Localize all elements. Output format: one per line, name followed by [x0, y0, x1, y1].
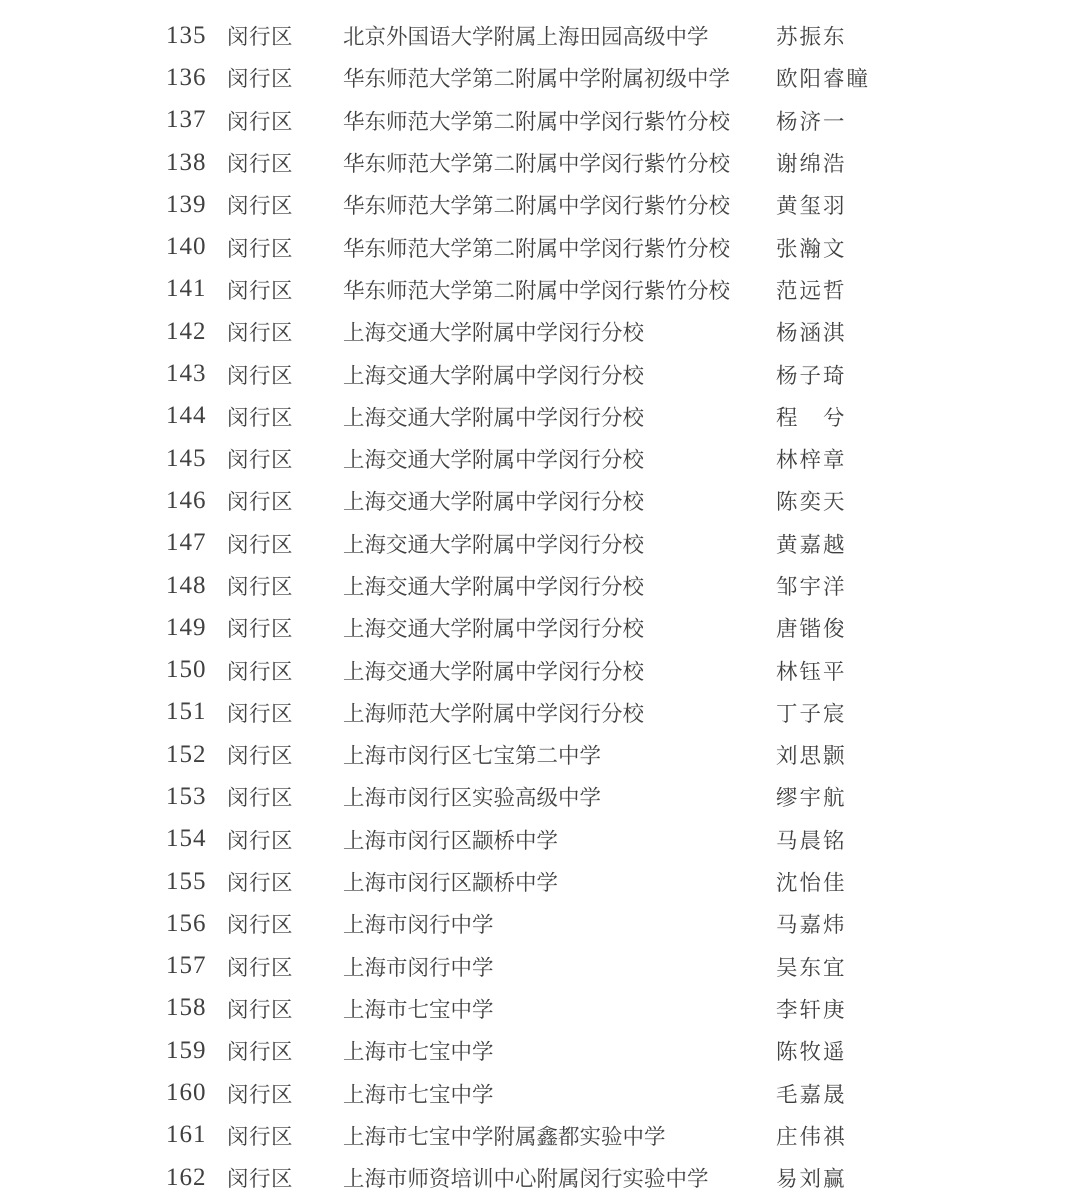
district-cell: 闵行区 [227, 866, 343, 897]
row-number: 161 [166, 1121, 227, 1149]
row-number: 135 [166, 22, 227, 50]
table-row: 135 闵行区 北京外国语大学附属上海田园高级中学 苏振东 [0, 15, 1080, 57]
table-row: 152 闵行区 上海市闵行区七宝第二中学 刘思颢 [0, 734, 1080, 776]
table-row: 154 闵行区 上海市闵行区颛桥中学 马晨铭 [0, 818, 1080, 860]
row-number: 159 [166, 1037, 227, 1065]
table-row: 156 闵行区 上海市闵行中学 马嘉炜 [0, 903, 1080, 945]
school-cell: 华东师范大学第二附属中学闵行紫竹分校 [343, 232, 776, 263]
school-cell: 上海市七宝中学附属鑫都实验中学 [343, 1120, 776, 1151]
district-cell: 闵行区 [227, 20, 343, 51]
school-cell: 华东师范大学第二附属中学闵行紫竹分校 [343, 105, 776, 136]
school-cell: 上海市七宝中学 [343, 1035, 776, 1066]
school-cell: 华东师范大学第二附属中学闵行紫竹分校 [343, 274, 776, 305]
district-cell: 闵行区 [227, 697, 343, 728]
row-number: 140 [166, 233, 227, 261]
table-row: 144 闵行区 上海交通大学附属中学闵行分校 程 兮 [0, 395, 1080, 437]
district-cell: 闵行区 [227, 1078, 343, 1109]
row-number: 152 [166, 741, 227, 769]
table-row: 146 闵行区 上海交通大学附属中学闵行分校 陈奕天 [0, 480, 1080, 522]
student-name-cell: 陈奕天 [776, 485, 847, 516]
school-cell: 上海市闵行区实验高级中学 [343, 781, 776, 812]
row-number: 147 [166, 529, 227, 557]
district-cell: 闵行区 [227, 316, 343, 347]
district-cell: 闵行区 [227, 359, 343, 390]
row-number: 145 [166, 445, 227, 473]
school-cell: 上海交通大学附属中学闵行分校 [343, 316, 776, 347]
row-number: 153 [166, 783, 227, 811]
row-number: 141 [166, 275, 227, 303]
school-cell: 华东师范大学第二附属中学附属初级中学 [343, 62, 776, 93]
table-row: 158 闵行区 上海市七宝中学 李轩庚 [0, 987, 1080, 1029]
district-cell: 闵行区 [227, 951, 343, 982]
district-cell: 闵行区 [227, 62, 343, 93]
student-name-cell: 黄玺羽 [776, 189, 847, 220]
district-cell: 闵行区 [227, 401, 343, 432]
student-name-cell: 林钰平 [776, 655, 847, 686]
school-cell: 上海市闵行区颛桥中学 [343, 824, 776, 855]
table-row: 148 闵行区 上海交通大学附属中学闵行分校 邹宇洋 [0, 564, 1080, 606]
student-name-cell: 张瀚文 [776, 232, 847, 263]
student-name-cell: 邹宇洋 [776, 570, 847, 601]
school-cell: 上海交通大学附属中学闵行分校 [343, 612, 776, 643]
student-name-cell: 易刘赢 [776, 1162, 847, 1193]
school-cell: 北京外国语大学附属上海田园高级中学 [343, 20, 776, 51]
student-name-cell: 沈怡佳 [776, 866, 847, 897]
district-cell: 闵行区 [227, 612, 343, 643]
district-cell: 闵行区 [227, 1120, 343, 1151]
district-cell: 闵行区 [227, 1035, 343, 1066]
school-cell: 上海交通大学附属中学闵行分校 [343, 401, 776, 432]
district-cell: 闵行区 [227, 485, 343, 516]
student-name-cell: 程 兮 [776, 401, 847, 432]
row-number: 151 [166, 698, 227, 726]
table-row: 162 闵行区 上海市师资培训中心附属闵行实验中学 易刘赢 [0, 1157, 1080, 1199]
row-number: 156 [166, 910, 227, 938]
table-row: 149 闵行区 上海交通大学附属中学闵行分校 唐锴俊 [0, 607, 1080, 649]
student-name-cell: 欧阳睿瞳 [776, 62, 870, 93]
school-cell: 上海交通大学附属中学闵行分校 [343, 443, 776, 474]
school-cell: 上海市闵行区七宝第二中学 [343, 739, 776, 770]
table-row: 155 闵行区 上海市闵行区颛桥中学 沈怡佳 [0, 860, 1080, 902]
student-name-cell: 马晨铭 [776, 824, 847, 855]
table-row: 143 闵行区 上海交通大学附属中学闵行分校 杨子琦 [0, 353, 1080, 395]
district-cell: 闵行区 [227, 908, 343, 939]
row-number: 137 [166, 106, 227, 134]
school-cell: 上海市七宝中学 [343, 993, 776, 1024]
table-row: 140 闵行区 华东师范大学第二附属中学闵行紫竹分校 张瀚文 [0, 226, 1080, 268]
student-name-cell: 毛嘉晟 [776, 1078, 847, 1109]
table-row: 139 闵行区 华东师范大学第二附属中学闵行紫竹分校 黄玺羽 [0, 184, 1080, 226]
row-number: 157 [166, 952, 227, 980]
table-row: 142 闵行区 上海交通大学附属中学闵行分校 杨涵淇 [0, 311, 1080, 353]
district-cell: 闵行区 [227, 189, 343, 220]
district-cell: 闵行区 [227, 274, 343, 305]
table-row: 147 闵行区 上海交通大学附属中学闵行分校 黄嘉越 [0, 522, 1080, 564]
district-cell: 闵行区 [227, 1162, 343, 1193]
school-cell: 上海交通大学附属中学闵行分校 [343, 359, 776, 390]
school-cell: 华东师范大学第二附属中学闵行紫竹分校 [343, 147, 776, 178]
table-row: 157 闵行区 上海市闵行中学 吴东宜 [0, 945, 1080, 987]
district-cell: 闵行区 [227, 443, 343, 474]
table-row: 151 闵行区 上海师范大学附属中学闵行分校 丁子宸 [0, 691, 1080, 733]
district-cell: 闵行区 [227, 105, 343, 136]
district-cell: 闵行区 [227, 993, 343, 1024]
school-cell: 上海交通大学附属中学闵行分校 [343, 528, 776, 559]
table-row: 160 闵行区 上海市七宝中学 毛嘉晟 [0, 1072, 1080, 1114]
student-name-cell: 林梓章 [776, 443, 847, 474]
student-name-cell: 李轩庚 [776, 993, 847, 1024]
student-name-cell: 刘思颢 [776, 739, 847, 770]
student-name-cell: 谢绵浩 [776, 147, 847, 178]
student-name-cell: 缪宇航 [776, 781, 847, 812]
row-number: 136 [166, 64, 227, 92]
school-cell: 上海交通大学附属中学闵行分校 [343, 485, 776, 516]
school-cell: 上海市闵行区颛桥中学 [343, 866, 776, 897]
table-row: 138 闵行区 华东师范大学第二附属中学闵行紫竹分校 谢绵浩 [0, 141, 1080, 183]
table-row: 141 闵行区 华东师范大学第二附属中学闵行紫竹分校 范远哲 [0, 268, 1080, 310]
student-name-cell: 杨涵淇 [776, 316, 847, 347]
school-cell: 上海市师资培训中心附属闵行实验中学 [343, 1162, 776, 1193]
student-name-cell: 丁子宸 [776, 697, 847, 728]
student-name-cell: 黄嘉越 [776, 528, 847, 559]
row-number: 162 [166, 1164, 227, 1192]
row-number: 138 [166, 149, 227, 177]
district-cell: 闵行区 [227, 739, 343, 770]
student-name-cell: 杨济一 [776, 105, 847, 136]
table-row: 153 闵行区 上海市闵行区实验高级中学 缪宇航 [0, 776, 1080, 818]
row-number: 144 [166, 402, 227, 430]
table-row: 136 闵行区 华东师范大学第二附属中学附属初级中学 欧阳睿瞳 [0, 57, 1080, 99]
school-cell: 上海师范大学附属中学闵行分校 [343, 697, 776, 728]
row-number: 150 [166, 656, 227, 684]
student-name-cell: 陈牧遥 [776, 1035, 847, 1066]
district-cell: 闵行区 [227, 232, 343, 263]
school-cell: 上海市闵行中学 [343, 951, 776, 982]
district-cell: 闵行区 [227, 655, 343, 686]
school-cell: 上海市闵行中学 [343, 908, 776, 939]
district-cell: 闵行区 [227, 781, 343, 812]
student-name-cell: 唐锴俊 [776, 612, 847, 643]
school-cell: 上海交通大学附属中学闵行分校 [343, 655, 776, 686]
school-cell: 上海市七宝中学 [343, 1078, 776, 1109]
school-cell: 华东师范大学第二附属中学闵行紫竹分校 [343, 189, 776, 220]
student-name-cell: 杨子琦 [776, 359, 847, 390]
district-cell: 闵行区 [227, 570, 343, 601]
row-number: 154 [166, 825, 227, 853]
table-row: 137 闵行区 华东师范大学第二附属中学闵行紫竹分校 杨济一 [0, 99, 1080, 141]
student-name-cell: 吴东宜 [776, 951, 847, 982]
table-row: 161 闵行区 上海市七宝中学附属鑫都实验中学 庄伟祺 [0, 1114, 1080, 1156]
row-number: 158 [166, 994, 227, 1022]
district-cell: 闵行区 [227, 528, 343, 559]
district-cell: 闵行区 [227, 147, 343, 178]
table-row: 150 闵行区 上海交通大学附属中学闵行分校 林钰平 [0, 649, 1080, 691]
district-cell: 闵行区 [227, 824, 343, 855]
row-number: 139 [166, 191, 227, 219]
student-name-cell: 苏振东 [776, 20, 847, 51]
student-roster-table: 135 闵行区 北京外国语大学附属上海田园高级中学 苏振东 136 闵行区 华东… [0, 0, 1080, 1199]
row-number: 142 [166, 318, 227, 346]
row-number: 155 [166, 868, 227, 896]
row-number: 148 [166, 572, 227, 600]
row-number: 149 [166, 614, 227, 642]
row-number: 160 [166, 1079, 227, 1107]
table-row: 159 闵行区 上海市七宝中学 陈牧遥 [0, 1030, 1080, 1072]
row-number: 143 [166, 360, 227, 388]
row-number: 146 [166, 487, 227, 515]
student-name-cell: 庄伟祺 [776, 1120, 847, 1151]
student-name-cell: 马嘉炜 [776, 908, 847, 939]
student-name-cell: 范远哲 [776, 274, 847, 305]
table-row: 145 闵行区 上海交通大学附属中学闵行分校 林梓章 [0, 437, 1080, 479]
school-cell: 上海交通大学附属中学闵行分校 [343, 570, 776, 601]
